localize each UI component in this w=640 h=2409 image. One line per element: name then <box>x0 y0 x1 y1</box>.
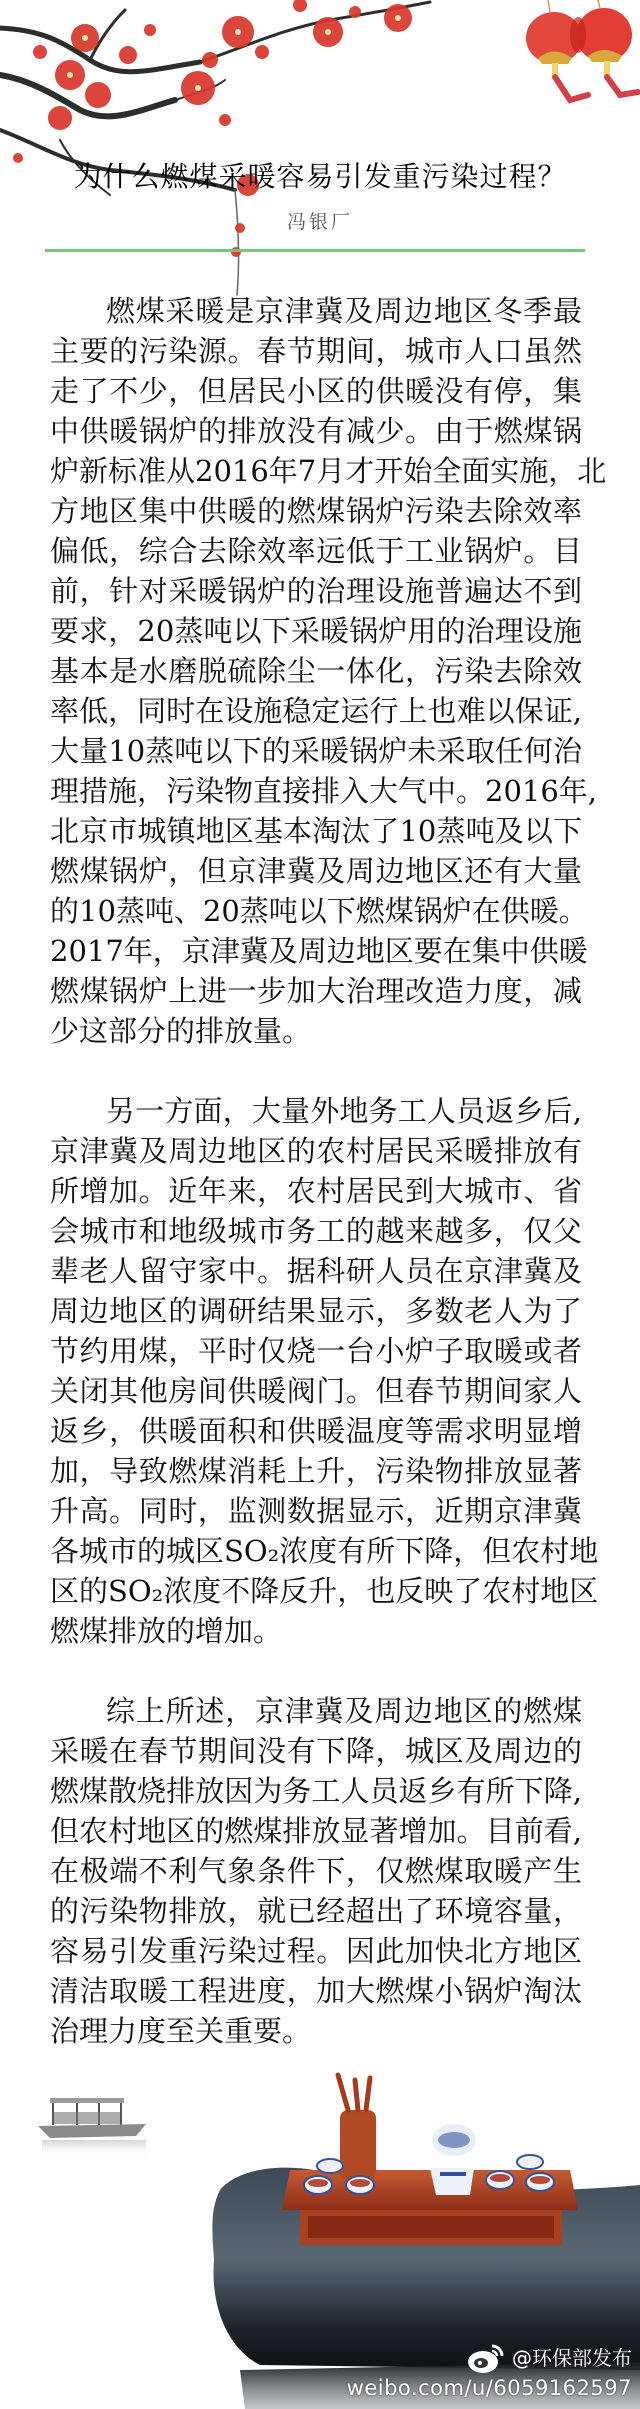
weibo-url: weibo.com/u/6059162597 <box>347 2374 632 2402</box>
text-line: 燃煤锅炉，但京津冀及周边地区还有大量 <box>50 851 582 891</box>
red-lanterns-icon <box>520 0 640 130</box>
text-line: 关闭其他房间供暖阀门。但春节期间家人 <box>50 1371 582 1411</box>
text-line: 的10蒸吨、20蒸吨以下燃煤锅炉在供暖。 <box>50 891 582 931</box>
article-author: 冯银厂 <box>0 210 640 234</box>
text-line: 燃煤排放的增加。 <box>50 1611 582 1651</box>
text-line: 2017年，京津冀及周边地区要在集中供暖 <box>50 931 582 971</box>
boat-icon <box>36 2090 156 2160</box>
text-line: 大量10蒸吨以下的采暖锅炉未采取任何治 <box>50 731 582 771</box>
text-line: 基本是水磨脱硫除尘一体化，污染去除效 <box>50 651 582 691</box>
text-line: 会城市和地级城市务工的越来越多，仅父 <box>50 1211 582 1251</box>
article-title: 为什么燃煤采暖容易引发重污染过程？ <box>60 160 580 194</box>
text-line: 方地区集中供暖的燃煤锅炉污染去除效率 <box>50 491 582 531</box>
text-line: 采暖在春节期间没有下降，城区及周边的 <box>50 1731 582 1771</box>
text-line: 主要的污染源。春节期间，城市人口虽然 <box>50 331 582 371</box>
text-line: 返乡，供暖面积和供暖温度等需求明显增 <box>50 1411 582 1451</box>
text-line: 容易引发重污染过程。因此加快北方地区 <box>50 1931 582 1971</box>
text-line: 节约用煤，平时仅烧一台小炉子取暖或者 <box>50 1331 582 1371</box>
text-line: 要求，20蒸吨以下采暖锅炉用的治理设施 <box>50 611 582 651</box>
text-line: 燃煤采暖是京津冀及周边地区冬季最 <box>50 291 582 331</box>
text-line: 炉新标准从2016年7月才开始全面实施，北 <box>50 451 582 491</box>
plum-blossom-branch-icon <box>0 0 460 300</box>
paragraph-3: 综上所述，京津冀及周边地区的燃煤 采暖在春节期间没有下降，城区及周边的 燃煤散烧… <box>50 1691 582 2051</box>
text-line: 升高。同时，监测数据显示，近期京津冀 <box>50 1491 582 1531</box>
text-line: 北京市城镇地区基本淘汰了10蒸吨及以下 <box>50 811 582 851</box>
text-line: 辈老人留守家中。据科研人员在京津冀及 <box>50 1251 582 1291</box>
text-line: 在极端不利气象条件下，仅燃煤取暖产生 <box>50 1851 582 1891</box>
article-body: 燃煤采暖是京津冀及周边地区冬季最 主要的污染源。春节期间，城市人口虽然 走了不少… <box>50 291 582 2091</box>
text-line: 清洁取暖工程进度，加大燃煤小锅炉淘汰 <box>50 1971 582 2011</box>
text-line: 的污染物排放，就已经超出了环境容量， <box>50 1891 582 1931</box>
text-line: 所增加。近年来，农村居民到大城市、省 <box>50 1171 582 1211</box>
paragraph-2: 另一方面，大量外地务工人员返乡后, 京津冀及周边地区的农村居民采暖排放有 所增加… <box>50 1091 582 1651</box>
text-line: 综上所述，京津冀及周边地区的燃煤 <box>50 1691 582 1731</box>
text-line: 另一方面，大量外地务工人员返乡后, <box>50 1091 582 1131</box>
weibo-icon <box>466 2342 506 2374</box>
text-line: 燃煤锅炉上进一步加大治理改造力度，减 <box>50 971 582 1011</box>
text-line: 加，导致燃煤消耗上升，污染物排放显著 <box>50 1451 582 1491</box>
text-line: 偏低，综合去除效率远低于工业锅炉。目 <box>50 531 582 571</box>
text-line: 前，针对采暖锅炉的治理设施普遍达不到 <box>50 571 582 611</box>
text-line: 燃煤散烧排放因为务工人员返乡有所下降, <box>50 1771 582 1811</box>
text-line: 区的SO₂浓度不降反升，也反映了农村地区 <box>50 1571 582 1611</box>
weibo-handle: @环保部发布 <box>512 2343 632 2373</box>
text-line: 理措施，污染物直接排入大气中。2016年, <box>50 771 582 811</box>
text-line: 治理力度至关重要。 <box>50 2011 582 2051</box>
text-line: 周边地区的调研结果显示，多数老人为了 <box>50 1291 582 1331</box>
paragraph-1: 燃煤采暖是京津冀及周边地区冬季最 主要的污染源。春节期间，城市人口虽然 走了不少… <box>50 291 582 1051</box>
title-divider <box>45 249 585 252</box>
text-line: 但农村地区的燃煤排放显著增加。目前看, <box>50 1811 582 1851</box>
text-line: 率低，同时在设施稳定运行上也难以保证, <box>50 691 582 731</box>
weibo-watermark: @环保部发布 weibo.com/u/6059162597 <box>347 2342 632 2402</box>
text-line: 各城市的城区SO₂浓度有所下降，但农村地 <box>50 1531 582 1571</box>
text-line: 走了不少，但居民小区的供暖没有停，集 <box>50 371 582 411</box>
text-line: 中供暖锅炉的排放没有减少。由于燃煤锅 <box>50 411 582 451</box>
text-line: 京津冀及周边地区的农村居民采暖排放有 <box>50 1131 582 1171</box>
text-line: 少这部分的排放量。 <box>50 1011 582 1051</box>
